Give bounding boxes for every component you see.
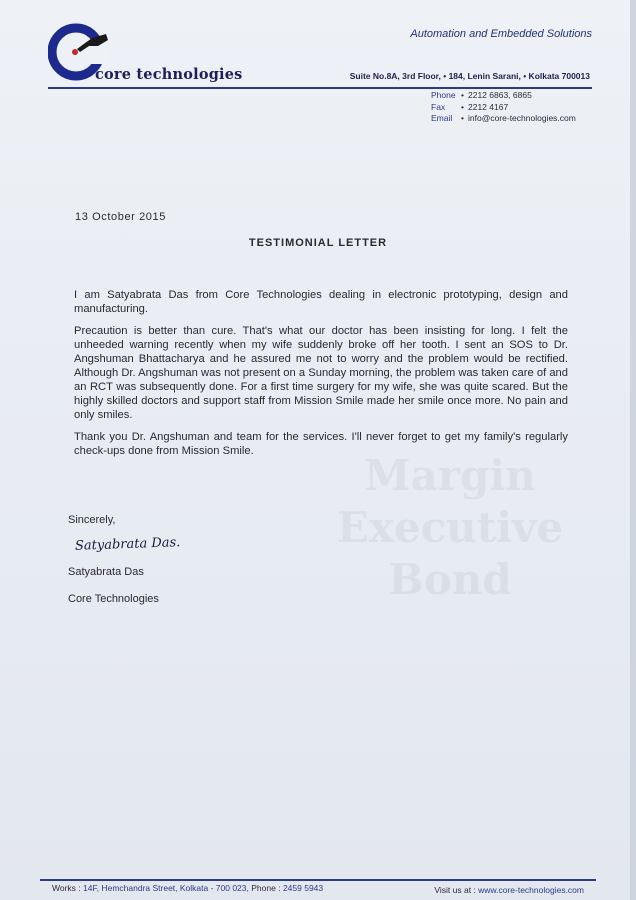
watermark: Margin Executive Bond	[300, 450, 600, 620]
website-link[interactable]: www.core-technologies.com	[478, 885, 584, 895]
contact-block: Phone• 2212 6863, 6865 Fax• 2212 4167 Em…	[431, 90, 576, 125]
header-divider	[48, 87, 592, 89]
contact-fax: Fax• 2212 4167	[431, 102, 576, 114]
letter-body: I am Satyabrata Das from Core Technologi…	[74, 288, 568, 466]
paragraph: Precaution is better than cure. That's w…	[74, 324, 568, 422]
paragraph: I am Satyabrata Das from Core Technologi…	[74, 288, 568, 316]
signature: Satyabrata Das.	[75, 535, 181, 554]
works-address: Works : 14F, Hemchandra Street, Kolkata …	[52, 883, 323, 893]
brand-name: core technologies	[95, 66, 243, 83]
contact-email: Email• info@core-technologies.com	[431, 113, 576, 125]
closing: Sincerely,	[68, 513, 115, 527]
paper-edge	[630, 0, 636, 900]
paragraph: Thank you Dr. Angshuman and team for the…	[74, 430, 568, 458]
letter-title: TESTIMONIAL LETTER	[0, 237, 636, 249]
footer-divider	[40, 879, 596, 881]
signer-company: Core Technologies	[68, 593, 159, 605]
website-block: Visit us at : www.core-technologies.com	[434, 885, 584, 895]
office-address: Suite No.8A, 3rd Floor, • 184, Lenin Sar…	[350, 71, 590, 81]
signer-name: Satyabrata Das	[68, 566, 144, 578]
contact-phone: Phone• 2212 6863, 6865	[431, 90, 576, 102]
tagline: Automation and Embedded Solutions	[410, 28, 592, 40]
letter-date: 13 October 2015	[75, 211, 166, 223]
email-link[interactable]: info@core-technologies.com	[468, 113, 576, 125]
